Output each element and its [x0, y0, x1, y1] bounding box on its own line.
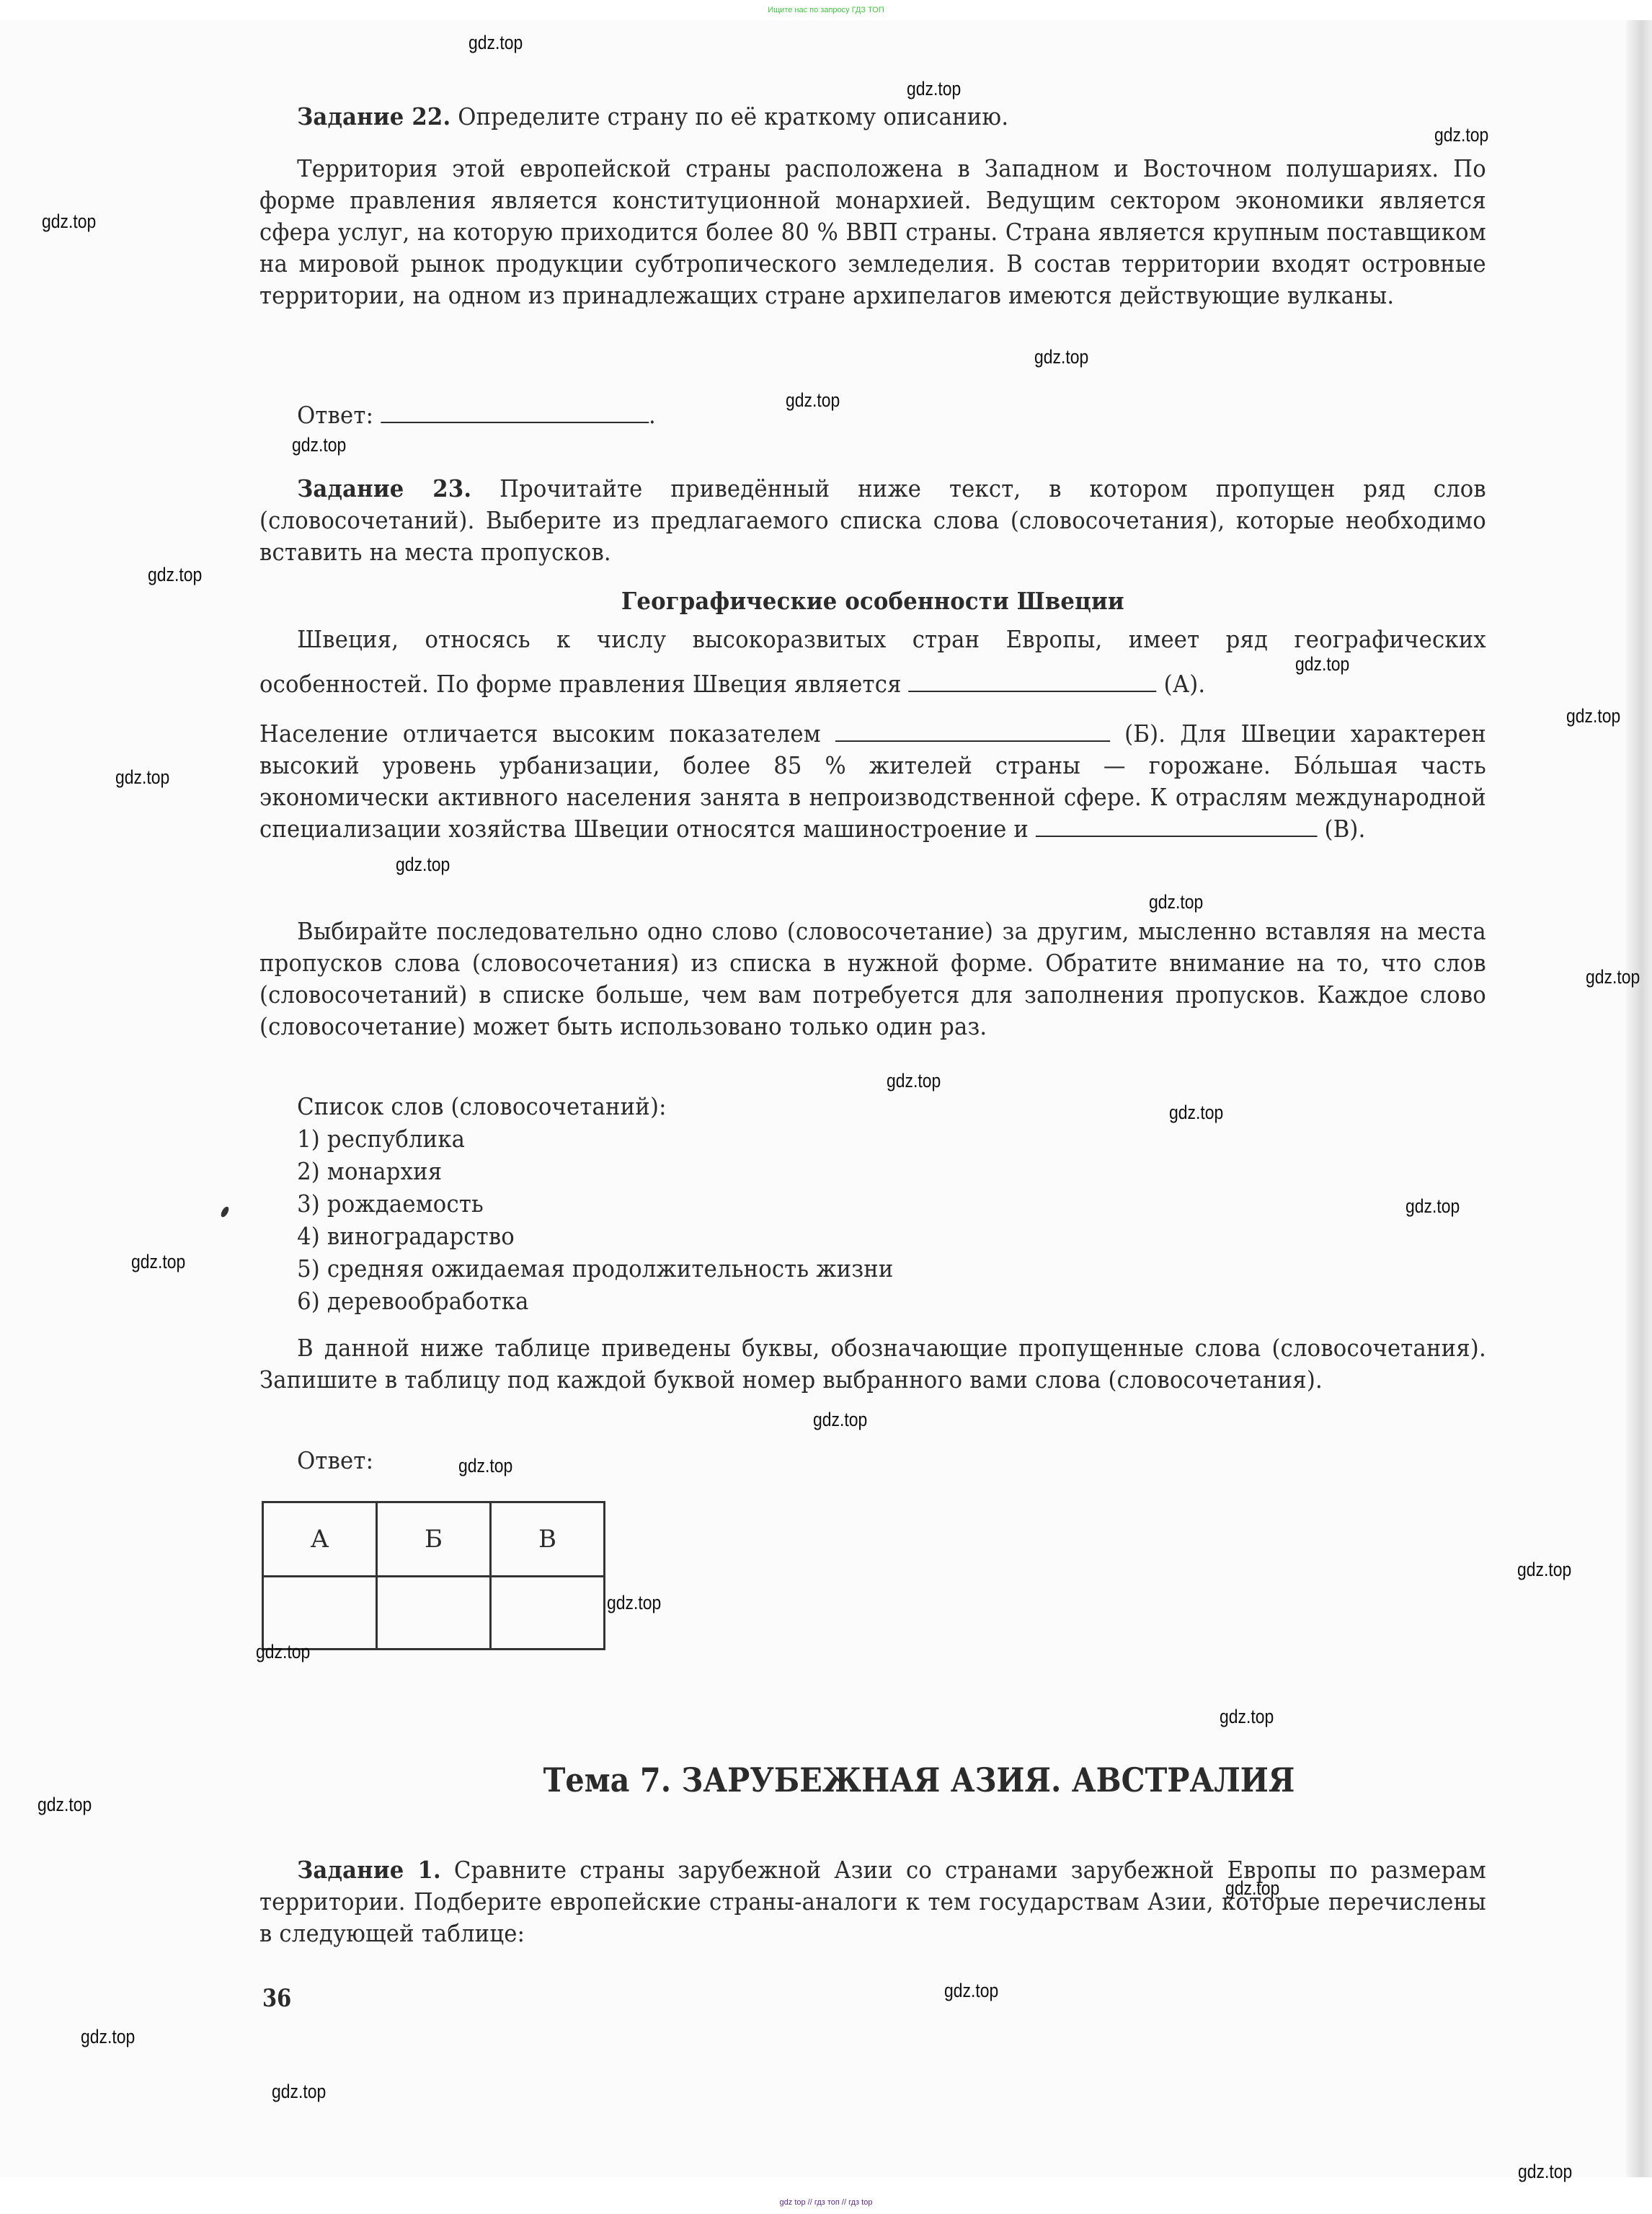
watermark: gdz.top [786, 389, 840, 412]
task22-answer-period: . [649, 401, 656, 429]
watermark: gdz.top [887, 1070, 941, 1092]
task22-description: Территория этой европейской страны распо… [259, 153, 1486, 311]
word-list-title: Список слов (словосочетаний): [259, 1090, 1486, 1123]
instructions-text: Выбирайте последовательно одно слово (сл… [259, 916, 1486, 1042]
theme-title: Тема 7. ЗАРУБЕЖНАЯ АЗИЯ. АВСТРАЛИЯ [326, 1761, 1513, 1799]
watermark: gdz.top [37, 1794, 92, 1816]
answer-table: А Б В [262, 1501, 605, 1650]
answer-cell-b[interactable] [377, 1577, 491, 1650]
task22-heading: Задание 22. Определите страну по её крат… [259, 101, 1486, 133]
watermark: gdz.top [131, 1251, 185, 1273]
watermark: gdz.top [115, 766, 169, 789]
gap-b-label: (Б). [1124, 719, 1165, 748]
watermark: gdz.top [607, 1592, 661, 1614]
word-list: Список слов (словосочетаний): 1) республ… [259, 1090, 1486, 1317]
text-title: Географические особенности Швеции [259, 585, 1486, 617]
page-number: 36 [262, 1984, 291, 2013]
task1-body: Сравните страны зарубежной Азии со стран… [259, 1856, 1486, 1947]
task22-answer-field[interactable] [381, 400, 649, 423]
task1: Задание 1. Сравните страны зарубежной Аз… [259, 1854, 1486, 1949]
word-option: 2) монархия [259, 1155, 1486, 1187]
answer-cell-v[interactable] [491, 1577, 605, 1650]
watermark: gdz.top [1220, 1706, 1274, 1728]
word-option: 4) виноградарство [259, 1220, 1486, 1252]
gap-b-field[interactable] [835, 719, 1110, 742]
gap-v-label: (В). [1325, 815, 1366, 843]
watermark: gdz.top [907, 78, 961, 100]
answer-table-header-row: А Б В [263, 1502, 605, 1577]
watermark: gdz.top [1169, 1102, 1223, 1124]
word-option: 1) республика [259, 1123, 1486, 1155]
task22-body: Территория этой европейской страны распо… [259, 153, 1486, 311]
task22-prompt: Определите страну по её краткому описани… [458, 102, 1008, 130]
watermark: gdz.top [1518, 2161, 1572, 2183]
task23-answer-label: Ответ: [259, 1445, 1486, 1476]
watermark: gdz.top [1149, 891, 1203, 913]
task23-label: Задание 23. [297, 474, 471, 502]
sweden-text-part2: Население отличается высоким показателем [259, 719, 821, 748]
task22-answer-label: Ответ: [297, 401, 373, 429]
watermark: gdz.top [1405, 1195, 1460, 1218]
watermark: gdz.top [256, 1641, 310, 1663]
bottom-banner: gdz top // гдз топ // гдз top [0, 2192, 1652, 2214]
watermark: gdz.top [42, 211, 96, 233]
answer-table-value-row [263, 1577, 605, 1650]
table-instructions: В данной ниже таблице приведены буквы, о… [259, 1332, 1486, 1396]
answer-header-a: А [263, 1502, 377, 1577]
task23-heading: Задание 23. Прочитайте приведённый ниже … [259, 473, 1486, 568]
watermark: gdz.top [1586, 966, 1640, 988]
watermark: gdz.top [1295, 653, 1349, 676]
watermark: gdz.top [292, 434, 346, 456]
watermark: gdz.top [81, 2026, 135, 2048]
top-banner: Ищите нас по запросу ГДЗ ТОП [0, 0, 1652, 20]
task23-answer-label-row: Ответ: [259, 1445, 1486, 1476]
watermark: gdz.top [272, 2081, 326, 2103]
answer-header-v: В [491, 1502, 605, 1577]
gap-v-field[interactable] [1036, 814, 1318, 837]
table-instructions-text: В данной ниже таблице приведены буквы, о… [259, 1332, 1486, 1396]
watermark: gdz.top [148, 564, 202, 586]
watermark: gdz.top [1034, 346, 1088, 368]
task1-label: Задание 1. [297, 1856, 441, 1884]
watermark: gdz.top [1517, 1559, 1571, 1581]
word-option: 5) средняя ожидаемая продолжительность ж… [259, 1252, 1486, 1285]
answer-header-b: Б [377, 1502, 491, 1577]
watermark: gdz.top [1225, 1877, 1279, 1900]
task23-instructions: Выбирайте последовательно одно слово (сл… [259, 916, 1486, 1042]
watermark: gdz.top [1434, 124, 1488, 146]
word-option: 3) рождаемость [259, 1187, 1486, 1220]
watermark: gdz.top [468, 32, 523, 54]
watermark: gdz.top [813, 1409, 867, 1431]
task22-answer: Ответ: . [259, 399, 1486, 431]
word-option: 6) деревообработка [259, 1285, 1486, 1317]
watermark: gdz.top [396, 854, 450, 876]
gap-a-field[interactable] [909, 669, 1157, 692]
task22-label: Задание 22. [297, 102, 450, 130]
sweden-text-2: Население отличается высоким показателем… [259, 718, 1486, 845]
watermark: gdz.top [458, 1455, 512, 1477]
watermark: gdz.top [1566, 705, 1620, 727]
answer-cell-a[interactable] [263, 1577, 377, 1650]
watermark: gdz.top [944, 1980, 998, 2002]
gap-a-label: (А). [1164, 670, 1206, 698]
page-edge-shadow [1626, 20, 1652, 2177]
